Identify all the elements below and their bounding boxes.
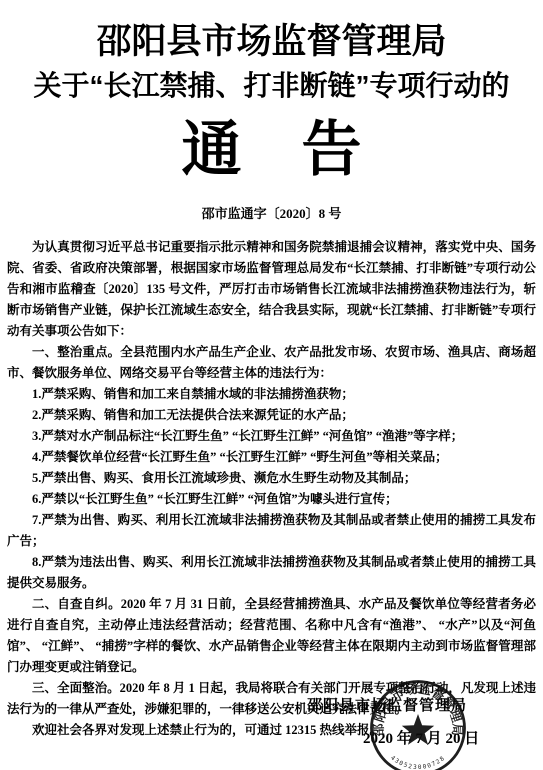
paragraph-item-5: 5.严禁出售、购买、食用长江流域珍贵、濒危水生野生动物及其制品； — [7, 468, 536, 489]
seal-code-text: 430523000728 — [389, 754, 447, 770]
paragraph-item-2: 2.严禁采购、销售和加工无法提供合法来源凭证的水产品； — [7, 405, 536, 426]
doc-type-title: 通 告 — [0, 118, 543, 181]
star-icon — [402, 714, 434, 745]
paragraph-item-3: 3.严禁对水产制品标注“长江野生鱼” “长江野生江鲜” “河鱼馆” “渔港”等字… — [7, 426, 536, 447]
paragraph-intro: 为认真贯彻习近平总书记重要指示批示精神和国务院禁捕退捕会议精神，落实党中央、国务… — [7, 237, 536, 342]
svg-text:430523000728: 430523000728 — [389, 754, 447, 770]
doc-number: 邵市监通字〔2020〕8 号 — [0, 203, 543, 222]
header-subject-title: 关于“长江禁捕、打非断链”专项行动的 — [0, 70, 543, 102]
official-seal: 邵阳县市场监督管理局 430523000728 — [368, 678, 468, 770]
paragraph-section-1: 一、整治重点。全县范围内水产品生产企业、农产品批发市场、农贸市场、渔具店、商场超… — [7, 342, 536, 384]
paragraph-item-6: 6.严禁以“长江野生鱼” “长江野生江鲜” “河鱼馆”为噱头进行宣传； — [7, 489, 536, 510]
header-agency-title: 邵阳县市场监督管理局 — [0, 22, 543, 62]
paragraph-section-2: 二、自查自纠。2020 年 7 月 31 日前，全县经营捕捞渔具、水产品及餐饮单… — [7, 594, 536, 678]
notice-body: 为认真贯彻习近平总书记重要指示批示精神和国务院禁捕退捕会议精神，落实党中央、国务… — [0, 222, 543, 741]
paragraph-item-8: 8.严禁为违法出售、购买、利用长江流域非法捕捞渔获物及其制品或者禁止使用的捕捞工… — [7, 552, 536, 594]
paragraph-item-1: 1.严禁采购、销售和加工来自禁捕水域的非法捕捞渔获物； — [7, 384, 536, 405]
notice-document: 邵阳县市场监督管理局 关于“长江禁捕、打非断链”专项行动的 通 告 邵市监通字〔… — [0, 0, 543, 770]
paragraph-item-4: 4.严禁餐饮单位经营“长江野生鱼” “长江野生江鲜” “野生河鱼”等相关菜品； — [7, 447, 536, 468]
paragraph-item-7: 7.严禁为出售、购买、利用长江流域非法捕捞渔获物及其制品或者禁止使用的捕捞工具发… — [7, 510, 536, 552]
